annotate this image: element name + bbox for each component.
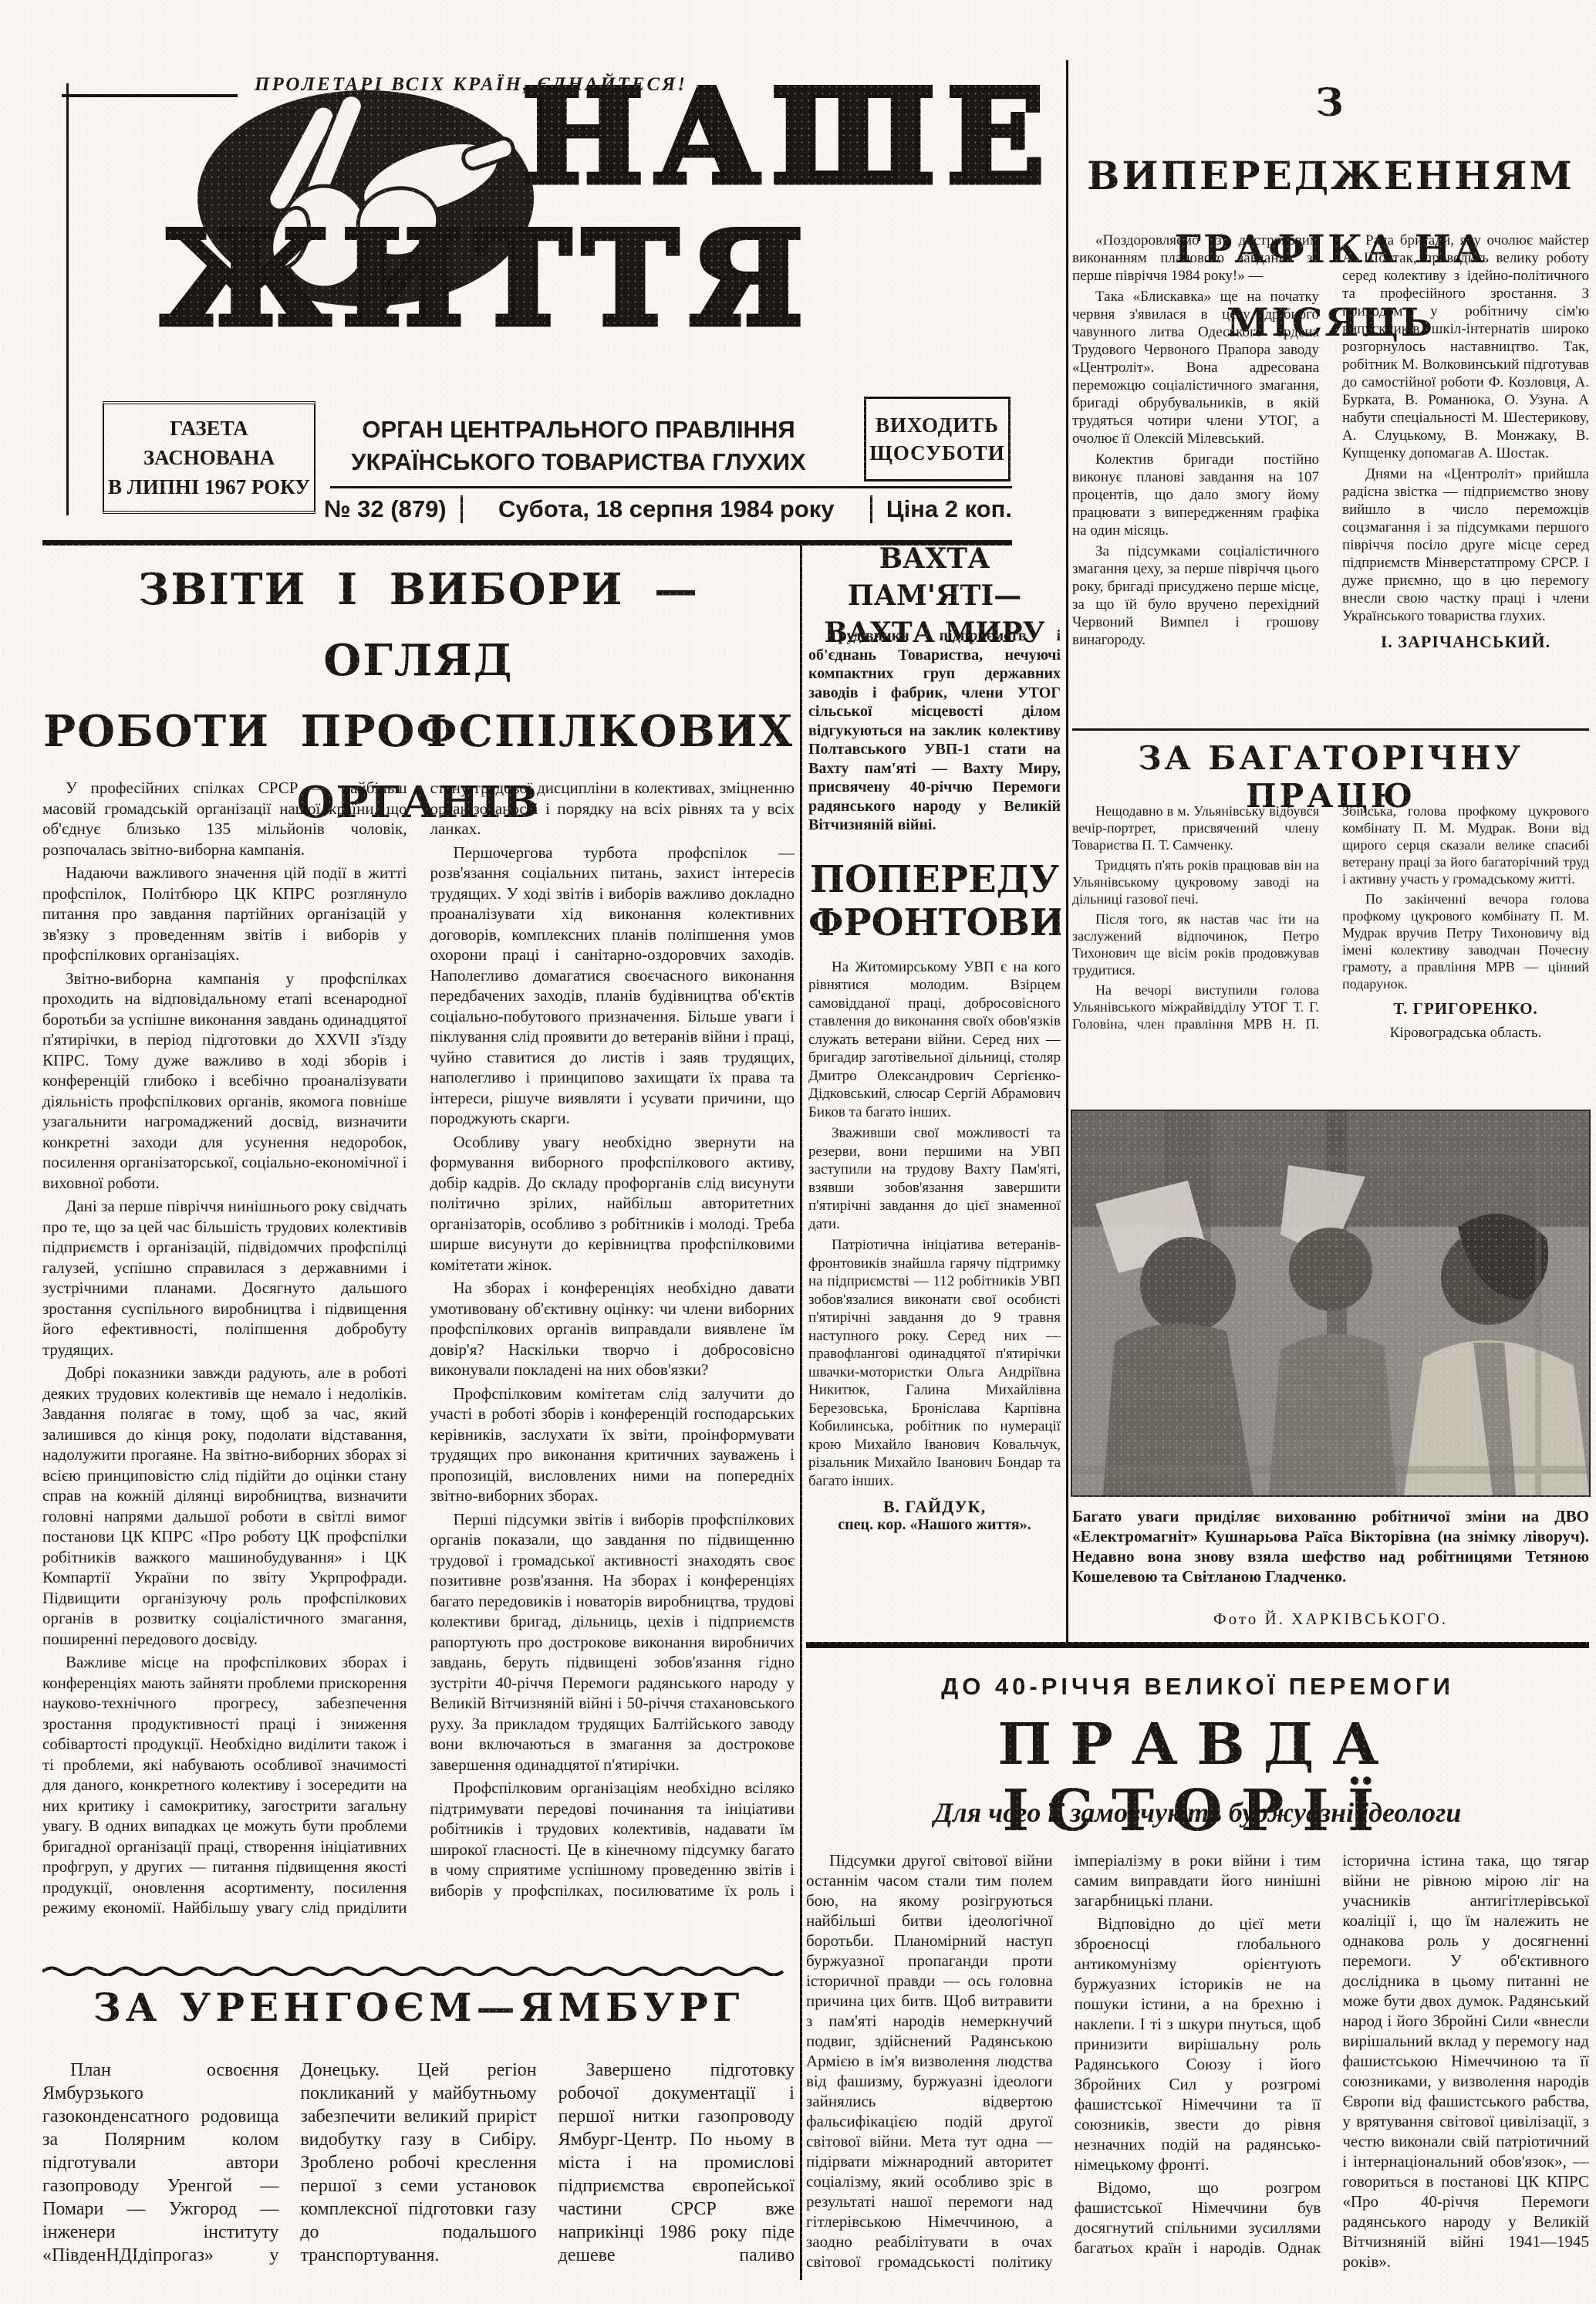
masthead-title-line1: НАШЕ: [521, 63, 1040, 210]
zigzag-rule: [42, 1964, 795, 1976]
issue-dateline: № 32 (879) Субота, 18 серпня 1984 року Ц…: [324, 495, 1012, 523]
pravda-kicker: ДО 40-РІЧЧЯ ВЕЛИКОЇ ПЕРЕМОГИ: [806, 1673, 1589, 1701]
urengoy-article-body: План освоєння Ямбурзького газоконденсатн…: [42, 2059, 795, 2281]
schedule-article-body: «Поздоровляємо з достроковим виконанням …: [1072, 231, 1589, 725]
vakhta-signature-role: спец. кор. «Нашого життя».: [808, 1516, 1061, 1535]
section-rule-pravda: [806, 1642, 1589, 1648]
pravda-subtitle: Для чого її замовчують буржуазні ідеолог…: [806, 1796, 1589, 1829]
frontoviki-heading: ПОПЕРЕДУ ФРОНТОВИКИ: [808, 858, 1061, 944]
reports-article-paragraphs: У професійних спілках СРСР — найбільш ма…: [42, 778, 795, 1935]
issue-date: Субота, 18 серпня 1984 року: [461, 495, 872, 523]
newspaper-front-page: ПРОЛЕТАРІ ВСІХ КРАЇН, ЄДНАЙТЕСЯ! НАШЕ ЖИ…: [0, 0, 1596, 2304]
labor-signature-name: Т. ГРИГОРЕНКО.: [1342, 1000, 1589, 1017]
vakhta-column: Трудівники підприємств і об'єднань Товар…: [808, 627, 1061, 1636]
organ-rule: [330, 486, 1012, 488]
issue-price: Ціна 2 коп.: [886, 495, 1012, 523]
section-rule-labor: [1072, 728, 1589, 731]
schedule-article-paragraphs: «Поздоровляємо з достроковим виконанням …: [1072, 231, 1589, 651]
pravda-article-body: Підсумки другої світової війни останнім …: [806, 1850, 1589, 2276]
publication-schedule-box: ВИХОДИТЬ ЩОСУБОТИ: [864, 397, 1011, 481]
photo-image: [1072, 1111, 1589, 1495]
reports-article-body: У професійних спілках СРСР — найбільш ма…: [42, 778, 795, 1935]
founded-line2: В ЛИПНІ 1967 РОКУ: [104, 472, 314, 502]
founded-line1: ГАЗЕТА ЗАСНОВАНА: [104, 414, 314, 472]
schedule-signature-name: І. ЗАРІЧАНСЬКИЙ.: [1342, 633, 1589, 650]
organ-statement: ОРГАН ЦЕНТРАЛЬНОГО ПРАВЛІННЯ УКРАЇНСЬКОГ…: [332, 414, 825, 478]
column-rule-right: [1066, 60, 1068, 1642]
urengoy-article-headline: ЗА УРЕНГОЄМ—ЯМБУРГ: [42, 1985, 795, 2030]
labor-article-body: Нещодавно в м. Ульянівську відбувся вечі…: [1072, 802, 1589, 1108]
issue-number: № 32 (879): [324, 495, 447, 523]
photo-credit: Фото Й. ХАРКІВСЬКОГО.: [1072, 1610, 1589, 1629]
frontoviki-body: На Житомирському УВП є на кого рівнятися…: [808, 958, 1061, 1535]
masthead-title-line2: ЖИТТЯ: [159, 205, 816, 352]
vakhta-lead: Трудівники підприємств і об'єднань Товар…: [808, 627, 1061, 838]
schedule-line1: ВИХОДИТЬ: [866, 411, 1008, 439]
vakhta-signature-name: В. ГАЙДУК,: [808, 1498, 1061, 1516]
frontoviki-paragraphs: На Житомирському УВП є на кого рівнятися…: [808, 958, 1061, 1491]
photo-caption: Багато уваги приділяє вихованню робітнич…: [1072, 1506, 1589, 1586]
founded-box: ГАЗЕТА ЗАСНОВАНА В ЛИПНІ 1967 РОКУ: [103, 401, 315, 514]
labor-signature-place: Кіровоградська область.: [1342, 1025, 1589, 1042]
column-rule-left: [800, 540, 802, 2280]
masthead-frame-line: [66, 83, 69, 515]
pravda-article-paragraphs: Підсумки другої світової війни останнім …: [806, 1850, 1589, 2276]
schedule-line2: ЩОСУБОТИ: [866, 439, 1008, 467]
urengoy-article-paragraphs: План освоєння Ямбурзького газоконденсатн…: [42, 2059, 795, 2281]
